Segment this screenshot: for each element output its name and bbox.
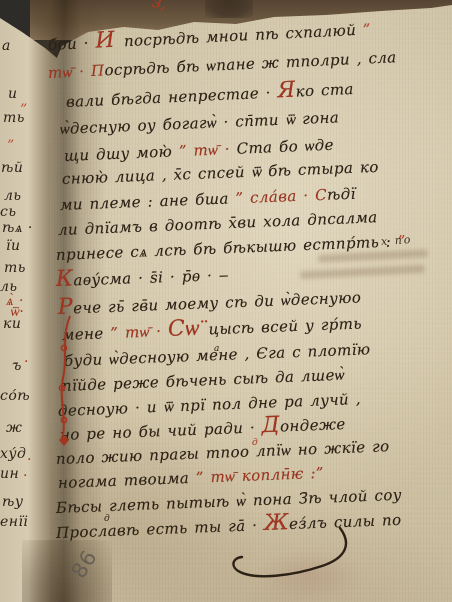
facing-page-fragment: ть [3,110,25,126]
facing-page-fragment: ин [0,466,19,482]
rubric-segment: И [95,27,125,53]
margin-note: х по [381,233,413,248]
facing-page-fragment: · [27,452,32,468]
text-segment: ондеже [280,415,346,436]
rubric-segment: Я [277,78,296,104]
facing-page-fragment: ть [4,260,26,276]
facing-page-fragment: їи [6,238,21,254]
facing-page-fragment: ху́д [0,446,26,462]
rubric-segment: тѡ̄ · П [48,61,105,82]
rubric-segment: Сѡ̈ [168,315,209,342]
facing-page-fragment: ъ [12,358,22,374]
facing-page-fragment: · [24,354,29,370]
text-segment: ѣдї [327,185,356,204]
rubric-segment: ” сла́ва · С [235,186,327,208]
text-segment: щи дшу мою̀ [64,142,180,165]
rubric-segment: ” тѡ̄ · [178,140,237,160]
facing-page-fragment: ль [4,188,22,204]
facing-page-fragment: ки [3,316,21,332]
facing-page-fragment: ѣу [2,494,23,510]
facing-page-fragment: а [2,38,11,54]
manuscript-photo: бои · И посрѣдѣ мнои пѣ схпалюй ”тѡ̄ · П… [0,0,452,602]
page-edge-notch [205,0,253,18]
text-segment: Ста бо ѡде [236,136,334,158]
facing-page-fragment: енїі [0,514,28,530]
facing-page-fragment: · [23,468,28,484]
rubric-segment: ” тѡ̄ · [110,322,168,342]
facing-page-fragment: ѣѧ · [2,220,33,237]
rubric-segment: ” тѡ̄ коплн̄ѥ :” [196,464,325,487]
superscript-letter: а [214,344,219,354]
facing-page-fragment: сь [0,204,16,220]
rubric-segment: Д [261,413,280,439]
rubric-segment: К [56,266,74,292]
facing-page-fragment: ж [6,420,22,436]
facing-page-fragment: ” [7,138,15,154]
text-segment: бои · [48,34,96,54]
rubric-segment: ” [362,20,371,38]
facing-page-fragment: со́ѣ [0,388,30,404]
gutter-bottom-shadow [22,540,112,602]
facing-page-fragment: ѣй [1,160,23,176]
superscript-letter: д [104,514,110,524]
facing-page-fragment: и [8,86,18,102]
text-segment: ко ста [295,80,354,101]
initial-descender-flourish [56,312,78,448]
superscript-letter: д [252,438,258,448]
pen-flourish [222,524,362,584]
